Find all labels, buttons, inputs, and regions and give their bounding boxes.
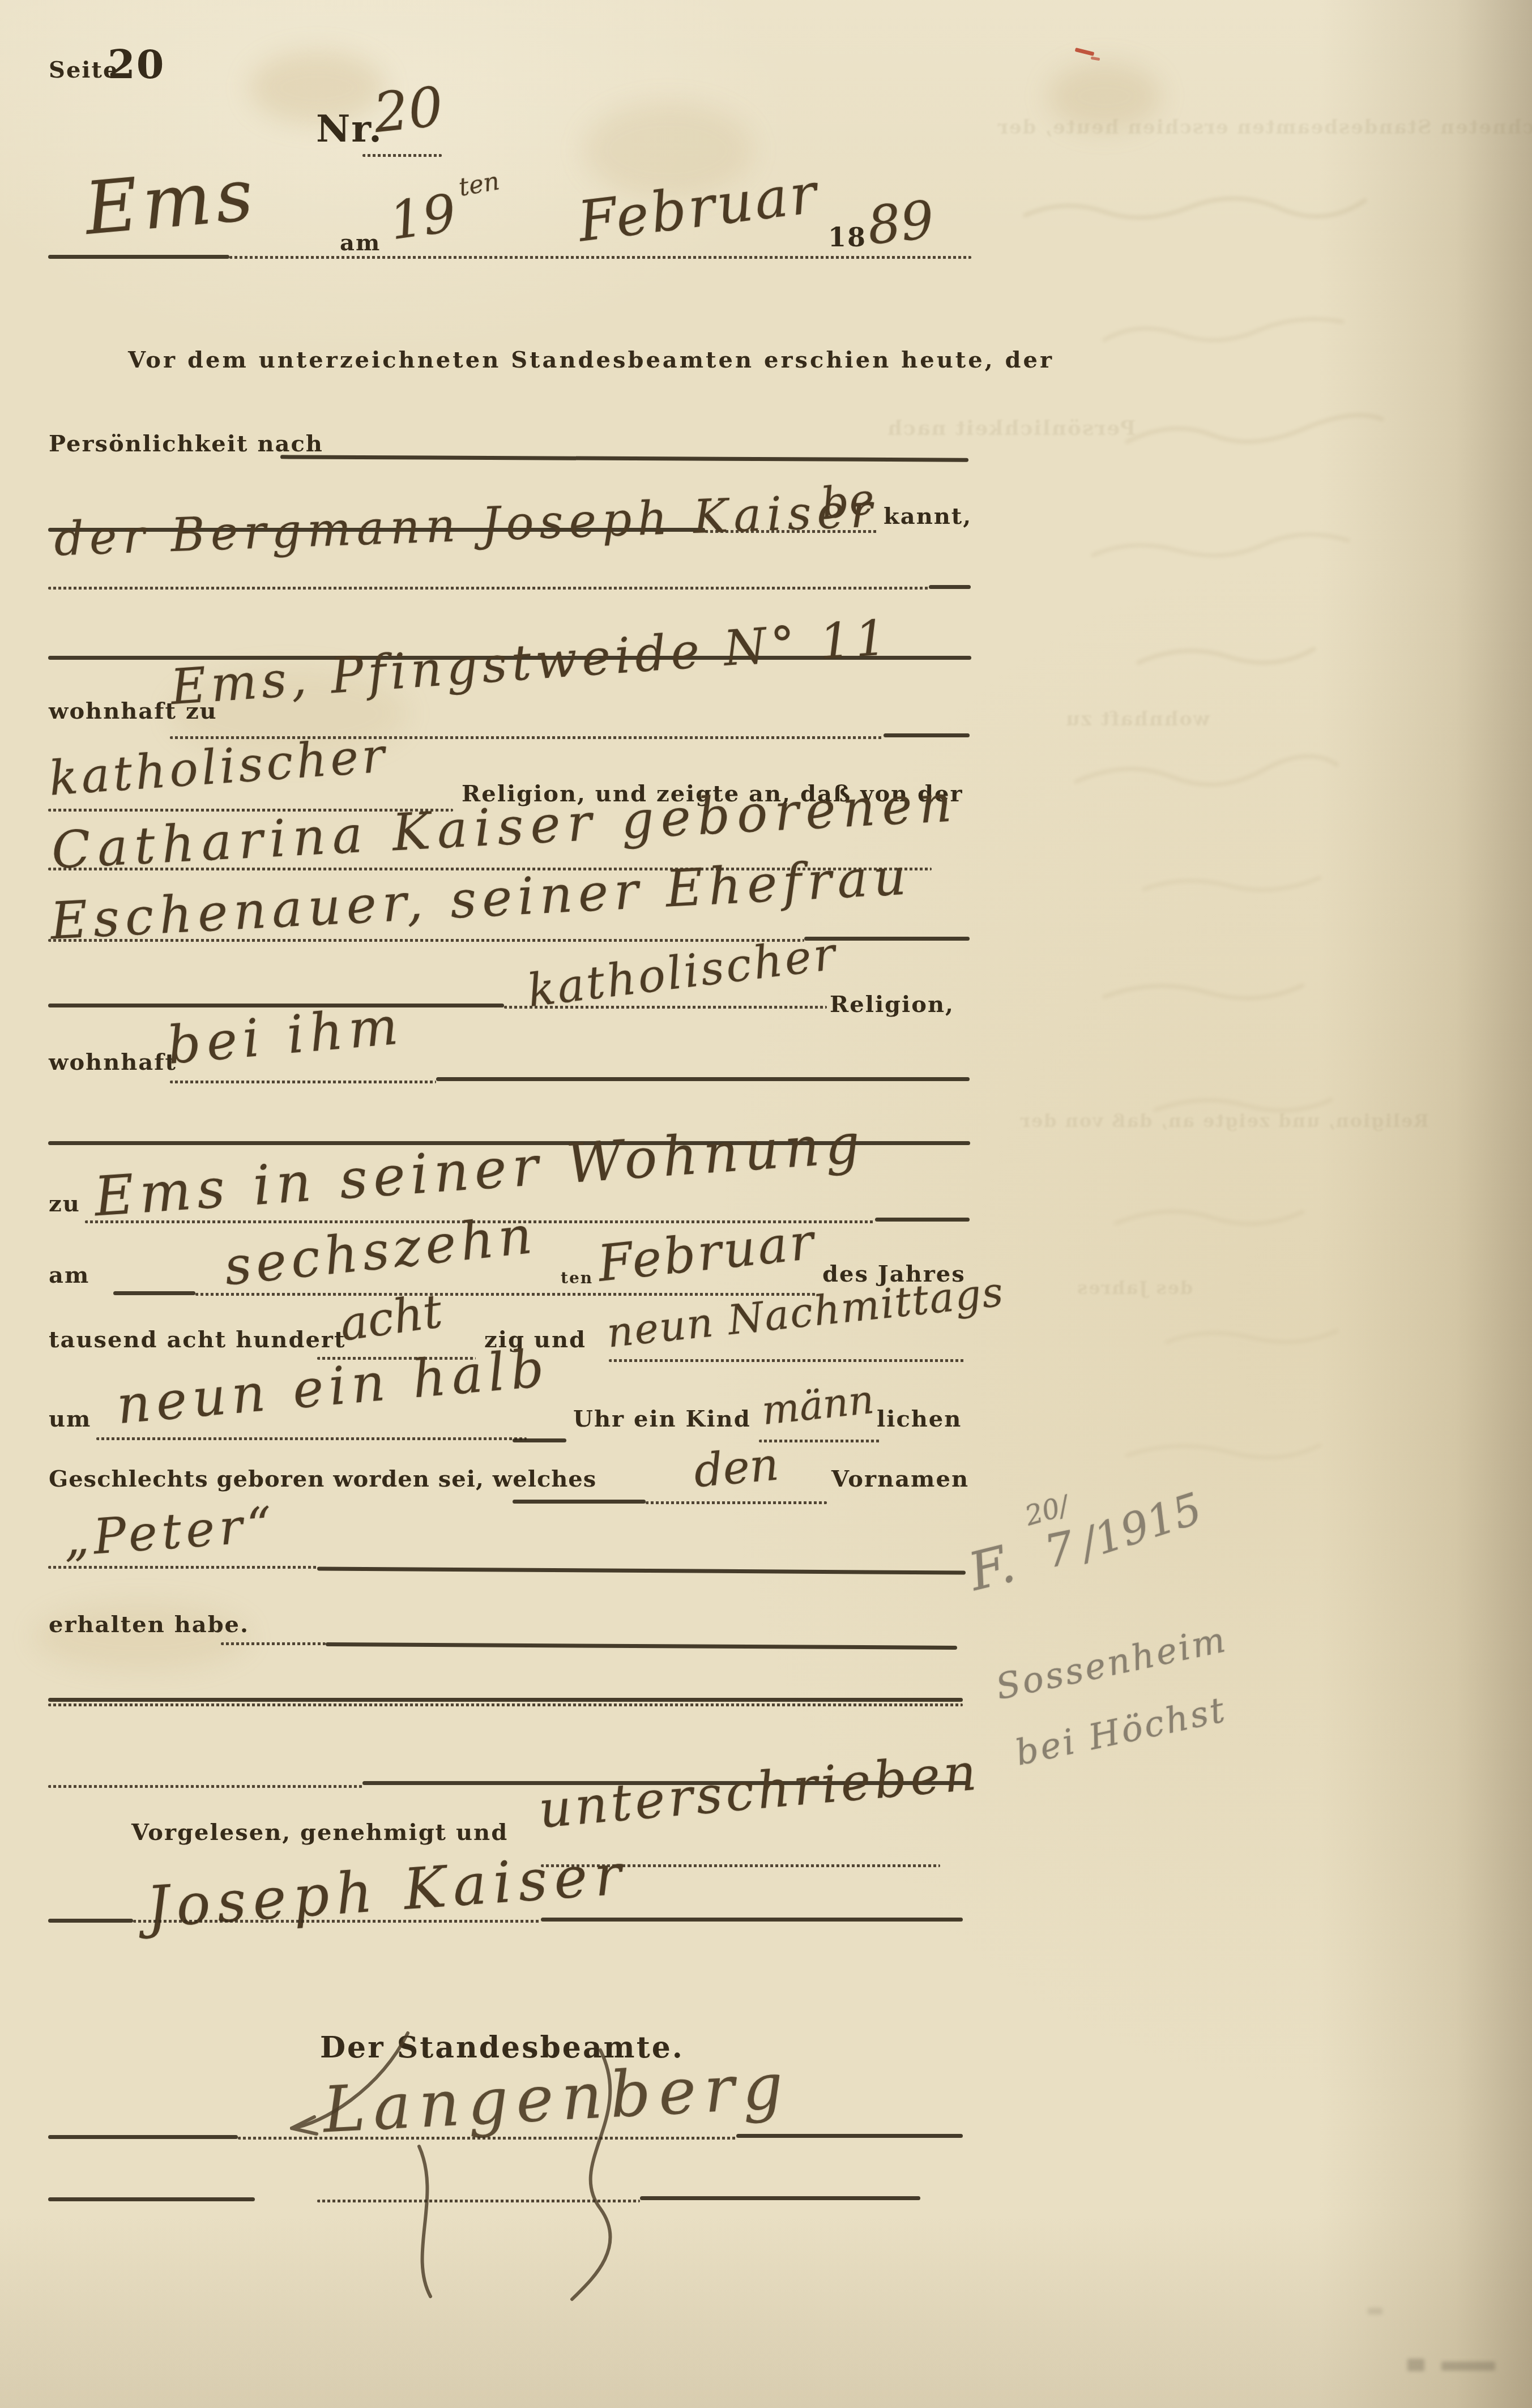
dateline-century: 18 (828, 222, 867, 253)
ruled-line (48, 2197, 255, 2201)
uhr-ein-kind-label: Uhr ein Kind (573, 1406, 751, 1432)
registry-page: Vor dem unterzeichneten Standesbeamten e… (0, 0, 1532, 2408)
ruled-line (875, 1218, 970, 1222)
pencil-place-line2: bei Höchst (1012, 1688, 1231, 1773)
ruled-line (929, 585, 971, 589)
dateline-year: 89 (865, 189, 937, 257)
vorgelesen-label: Vorgelesen, genehmigt und (131, 1819, 508, 1846)
red-ink-mark (1075, 48, 1095, 56)
ruled-line (280, 455, 968, 462)
ten-suffix: ten (561, 1269, 593, 1287)
ruled-line (238, 2137, 736, 2140)
ruled-line (48, 1785, 362, 1788)
pencil-smudge (1368, 2308, 1382, 2315)
ruled-line (48, 939, 804, 942)
dateline-am: am (340, 229, 381, 256)
declarant-name: der Bergmann Joseph Kaiser (53, 484, 879, 567)
ruled-line (48, 1919, 133, 1923)
unterschrieben-value: unterschrieben (536, 1742, 982, 1840)
bleed-through-text: wohnhaft zu (1065, 708, 1210, 731)
religion1-value: katholischer (47, 727, 390, 806)
bleed-through-strokes (957, 79, 1524, 1608)
ruled-line (48, 587, 929, 590)
red-ink-mark (1091, 57, 1100, 61)
ruled-line (759, 1440, 881, 1442)
ruled-line (436, 1077, 970, 1081)
ruled-line (646, 1501, 827, 1504)
residence-value: Ems, Pfingstweide N° 11 (169, 609, 893, 716)
zu-label: zu (49, 1190, 80, 1217)
bleed-through-text: Vor dem unterzeichneten Standesbeamten e… (997, 116, 1532, 139)
bleed-through-text: Religion, und zeigte an, daß von der (1019, 1110, 1429, 1132)
ruled-line (48, 2135, 238, 2139)
ruled-line (229, 256, 971, 259)
pencil-smudge (1407, 2359, 1424, 2371)
ruled-line (113, 1291, 195, 1295)
wohnhaft2-label: wohnhaft (49, 1049, 177, 1075)
pencil-smudge (1441, 2362, 1495, 2371)
ruled-line (48, 1566, 317, 1569)
ruled-line (513, 1438, 566, 1442)
tausend-label: tausend acht hundert (49, 1326, 345, 1353)
ruled-line (513, 1500, 646, 1504)
ruled-line (317, 1567, 966, 1575)
ruled-line (48, 1698, 963, 1702)
registrar-signature-flourish (238, 2016, 748, 2311)
ruled-line (362, 154, 442, 157)
bekannt-printed: kannt, (884, 503, 972, 530)
ruled-line (541, 1918, 963, 1922)
dateline-day-suffix: ten (456, 166, 502, 202)
ruled-line (884, 733, 970, 737)
ruled-line (195, 1293, 816, 1296)
ruled-line (221, 1642, 326, 1645)
am-label: am (49, 1262, 89, 1288)
geschlechts-label: Geschlechts geboren worden sei, welches (49, 1466, 596, 1492)
lichen-label: lichen (877, 1406, 962, 1432)
bleed-through-text: Persönlichkeit nach (886, 416, 1136, 440)
dateline-day: 19 (386, 182, 460, 251)
ruled-line (609, 1359, 966, 1362)
ruled-line (640, 2196, 920, 2200)
ruled-line (133, 1920, 541, 1923)
religion2-printed: Religion, (830, 991, 954, 1018)
persoenlichkeit-label: Persönlichkeit nach (49, 430, 323, 457)
bleed-through-text: des Jahres (1076, 1277, 1193, 1299)
birth-day-value: sechszehn (221, 1204, 539, 1297)
vornamen-label: Vornamen (831, 1466, 969, 1492)
child-name-value: „Peter“ (62, 1496, 278, 1568)
ruled-line (326, 1642, 957, 1650)
ruled-line (736, 2134, 963, 2138)
ruled-line (317, 2200, 640, 2202)
declarant-signature: Joseph Kaiser (144, 1841, 630, 1940)
record-number-value: 20 (370, 75, 446, 145)
dateline-place: Ems (82, 152, 261, 251)
gender-value: männ (759, 1376, 876, 1434)
birth-month-value: Februar (595, 1212, 819, 1293)
um-label: um (49, 1406, 91, 1432)
ruled-line (48, 255, 229, 259)
form-intro-line: Vor dem unterzeichneten Standesbeamten e… (128, 347, 1054, 373)
erhalten-label: erhalten habe. (49, 1611, 249, 1638)
ruled-line (170, 1081, 436, 1083)
record-number-label: Nr. (316, 106, 383, 151)
ruled-line (96, 1437, 527, 1440)
ruled-line (48, 1703, 963, 1706)
page-side-number: 20 (108, 41, 165, 88)
article-value: den (692, 1438, 781, 1498)
